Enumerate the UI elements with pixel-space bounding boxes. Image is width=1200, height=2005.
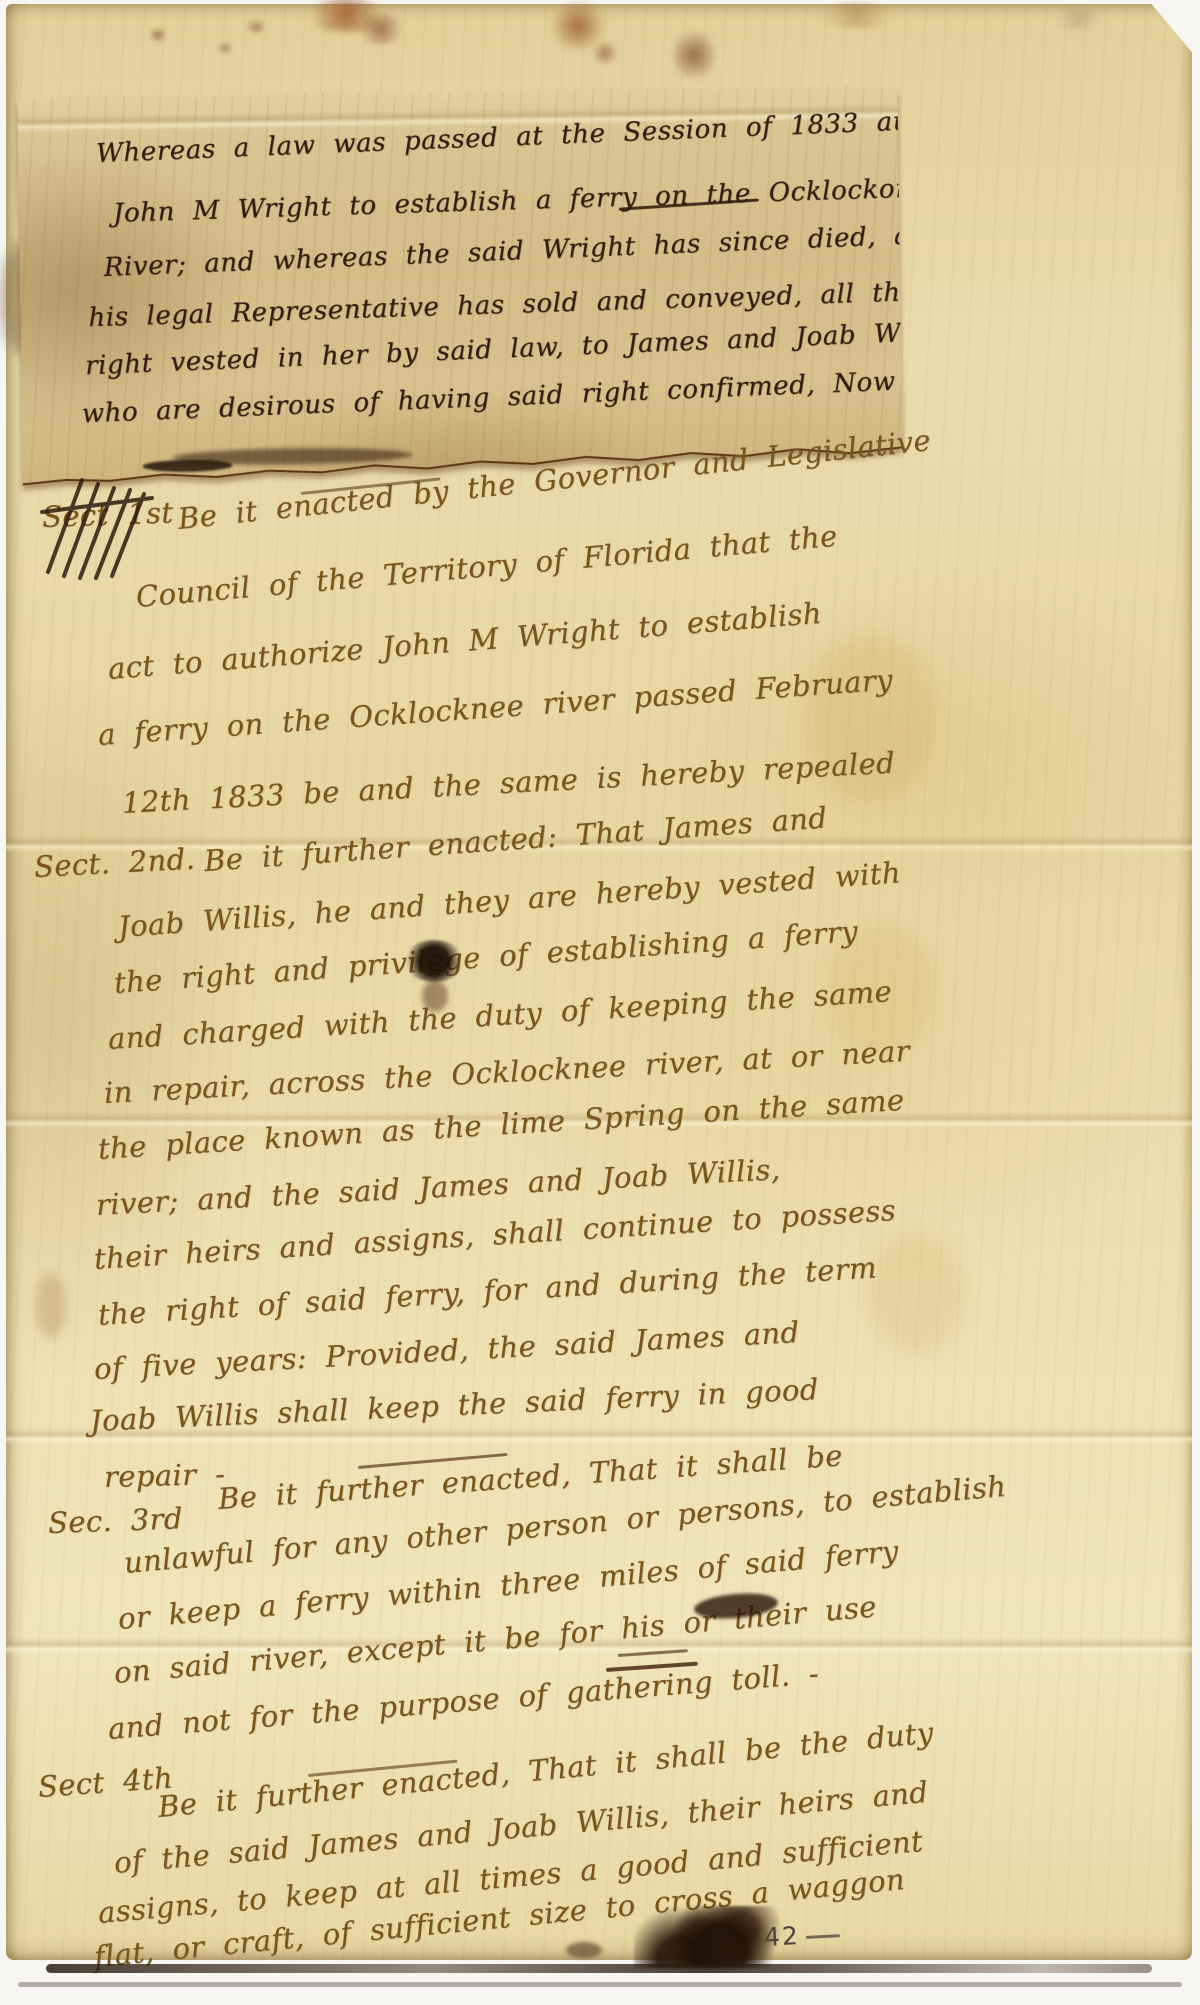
stain-rust <box>812 2 902 28</box>
ink-smear <box>566 1942 602 1958</box>
main-paper: Whereas a law was passed at the Session … <box>6 4 1192 1960</box>
manuscript-line: John M Wright to establish a ferry on th… <box>113 173 945 229</box>
page-number-dash <box>806 1934 840 1939</box>
stain-rust <box>354 14 408 44</box>
manuscript-line: Council of the Territory of Florida that… <box>135 519 839 614</box>
stain-spot <box>1052 8 1104 30</box>
stain-faint <box>866 1234 966 1354</box>
section-label: Sect. 2nd. <box>33 842 196 884</box>
manuscript-line: act to authorize John M Wright to establ… <box>107 596 823 686</box>
stain-rust <box>674 24 714 86</box>
ink-smear <box>142 459 232 472</box>
section-label: Sec. 3rd <box>47 1501 183 1540</box>
paper-edge-shadow <box>46 1964 1152 1973</box>
stain-smudge <box>36 1274 66 1338</box>
stain-spot <box>152 30 164 40</box>
strikeout-marks <box>32 472 182 580</box>
pasted-slip-wrap: Whereas a law was passed at the Session … <box>17 82 902 488</box>
ink-blot <box>634 1906 784 1968</box>
page-number: 42 <box>763 1921 800 1952</box>
stain-spot <box>220 44 230 52</box>
manuscript-line: River; and whereas the said Wright has s… <box>103 219 945 283</box>
ink-blot <box>404 940 464 982</box>
pasted-slip: Whereas a law was passed at the Session … <box>17 82 902 488</box>
stain-rust <box>590 42 620 64</box>
paper-edge-shadow <box>18 1982 1182 1987</box>
stain-spot <box>249 22 263 32</box>
document-scan: Whereas a law was passed at the Session … <box>0 0 1200 2005</box>
ink-smear <box>422 980 448 1012</box>
manuscript-line: repair - <box>104 1457 226 1494</box>
section-label: Sect 4th <box>37 1761 174 1804</box>
